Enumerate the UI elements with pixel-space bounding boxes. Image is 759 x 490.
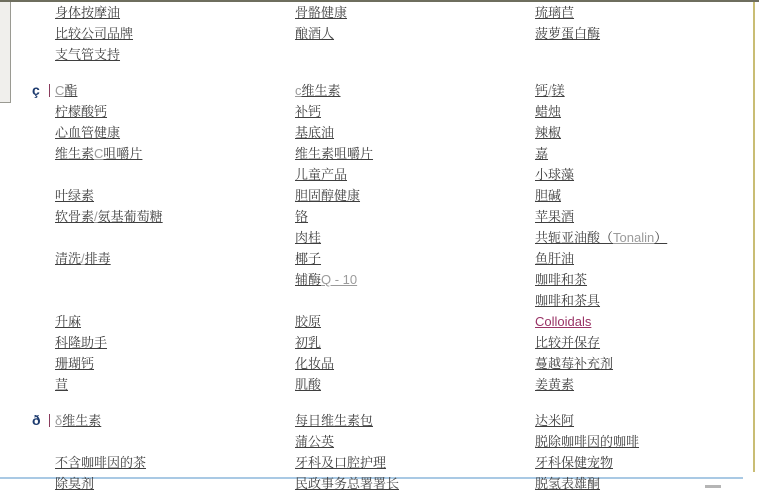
link-text: 脱氢表雄酮 — [535, 476, 600, 490]
link-text: C — [94, 146, 103, 161]
category-link[interactable]: 蜡烛 — [535, 104, 561, 119]
category-cell: 苹果酒 — [535, 206, 574, 227]
link-text: 牙科及口腔护理 — [295, 455, 386, 470]
category-row: 辅酶Q - 10咖啡和茶 — [0, 269, 753, 290]
category-row: 不含咖啡因的茶牙科及口腔护理牙科保健宠物 — [0, 452, 753, 473]
link-text: 基底油 — [295, 125, 334, 140]
link-text: 咀嚼片 — [103, 146, 142, 161]
link-text: 胆碱 — [535, 188, 561, 203]
category-link[interactable]: 维生素咀嚼片 — [295, 146, 373, 161]
category-cell: 咖啡和茶 — [535, 269, 587, 290]
link-text: 维生素 — [62, 413, 101, 428]
category-link[interactable]: 身体按摩油 — [55, 5, 120, 20]
category-link[interactable]: 咖啡和茶具 — [535, 293, 600, 308]
link-text: 儿童产品 — [295, 167, 347, 182]
link-text: 心血管健康 — [55, 125, 120, 140]
category-cell: 每日维生素包 — [295, 410, 535, 431]
category-link[interactable]: 琉璃苣 — [535, 5, 574, 20]
link-text: 镁 — [552, 83, 565, 98]
category-link[interactable]: 比较并保存 — [535, 335, 600, 350]
category-link[interactable]: c维生素 — [295, 83, 341, 98]
category-link[interactable]: 支气管支持 — [55, 47, 120, 62]
category-row: 蒲公英脱除咖啡因的咖啡 — [0, 431, 753, 452]
category-link[interactable]: 牙科及口腔护理 — [295, 455, 386, 470]
category-cell: 叶绿素 — [55, 185, 295, 206]
category-link[interactable]: 铬 — [295, 209, 308, 224]
category-row: 儿童产品小球藻 — [0, 164, 753, 185]
link-text: 维生素咀嚼片 — [295, 146, 373, 161]
category-cell: 比较公司品牌 — [55, 23, 295, 44]
link-text: 蒲公英 — [295, 434, 334, 449]
category-link[interactable]: 比较公司品牌 — [55, 26, 133, 41]
category-cell: 身体按摩油 — [55, 2, 295, 23]
category-link[interactable]: 菠萝蛋白酶 — [535, 26, 600, 41]
category-row: 身体按摩油骨骼健康琉璃苣 — [0, 2, 753, 23]
category-cell: 心血管健康 — [55, 122, 295, 143]
link-text: 胶原 — [295, 314, 321, 329]
link-text: 升麻 — [55, 314, 81, 329]
category-cell: 胆固醇健康 — [295, 185, 535, 206]
category-link[interactable]: 心血管健康 — [55, 125, 120, 140]
category-link[interactable]: 柠檬酸钙 — [55, 104, 107, 119]
category-link[interactable]: 苹果酒 — [535, 209, 574, 224]
category-cell: 软骨素/氨基葡萄糖 — [55, 206, 295, 227]
link-text: Colloidals — [535, 314, 591, 329]
category-row: 比较公司品牌酿酒人菠萝蛋白酶 — [0, 23, 753, 44]
link-text: 苹果酒 — [535, 209, 574, 224]
letter-header-c[interactable]: ç — [32, 80, 40, 101]
category-cell: 咖啡和茶具 — [535, 290, 600, 311]
link-text: 柠檬酸钙 — [55, 104, 107, 119]
category-cell — [295, 44, 535, 65]
link-text: 鱼肝油 — [535, 251, 574, 266]
link-text: 每日维生素包 — [295, 413, 373, 428]
link-text: 琉璃苣 — [535, 5, 574, 20]
category-link[interactable]: 蔓越莓补充剂 — [535, 356, 613, 371]
link-text: 姜黄素 — [535, 377, 574, 392]
category-row: 支气管支持 — [0, 44, 753, 65]
category-link[interactable]: 基底油 — [295, 125, 334, 140]
category-link[interactable]: 骨骼健康 — [295, 5, 347, 20]
category-cell: 柠檬酸钙 — [55, 101, 295, 122]
link-text: 脱除咖啡因的咖啡 — [535, 434, 639, 449]
category-link[interactable]: 化妆品 — [295, 356, 334, 371]
category-cell: 菠萝蛋白酶 — [535, 23, 600, 44]
link-text: 初乳 — [295, 335, 321, 350]
category-cell: 辣椒 — [535, 122, 561, 143]
link-text: 蔓越莓补充剂 — [535, 356, 613, 371]
category-link[interactable]: 珊瑚钙 — [55, 356, 94, 371]
category-cell: 椰子 — [295, 248, 535, 269]
link-text: 咖啡和茶 — [535, 272, 587, 287]
category-link[interactable]: 胆固醇健康 — [295, 188, 360, 203]
link-text: 铬 — [295, 209, 308, 224]
category-cell: 牙科及口腔护理 — [295, 452, 535, 473]
link-text: 荁 — [55, 377, 68, 392]
section-c: çC酯c维生素钙/镁柠檬酸钙补钙蜡烛心血管健康基底油辣椒维生素C咀嚼片维生素咀嚼… — [0, 80, 753, 395]
category-cell: 除臭剂 — [55, 473, 295, 490]
category-cell: 达米阿 — [535, 410, 574, 431]
category-link[interactable]: 小球藻 — [535, 167, 574, 182]
category-cell: 脱氢表雄酮 — [535, 473, 600, 490]
link-text: 蜡烛 — [535, 104, 561, 119]
link-text: 清洗 — [55, 251, 81, 266]
category-cell: 共轭亚油酸（Tonalin） — [535, 227, 667, 248]
category-cell: Colloidals — [535, 311, 591, 332]
link-text: 维生素 — [302, 83, 341, 98]
category-cell: 儿童产品 — [295, 164, 535, 185]
category-link[interactable]: 胶原 — [295, 314, 321, 329]
category-row: 柠檬酸钙补钙蜡烛 — [0, 101, 753, 122]
category-cell: 胶原 — [295, 311, 535, 332]
category-link[interactable]: 肉桂 — [295, 230, 321, 245]
link-text: 氨基葡萄糖 — [98, 209, 163, 224]
link-text: Q - 10 — [321, 272, 357, 287]
link-text: 身体按摩油 — [55, 5, 120, 20]
category-link[interactable]: 酿酒人 — [295, 26, 334, 41]
category-cell: 补钙 — [295, 101, 535, 122]
category-link[interactable]: 荁 — [55, 377, 68, 392]
category-link[interactable]: 钙/镁 — [535, 83, 565, 98]
category-cell: 肌酸 — [295, 374, 535, 395]
link-text: C — [55, 83, 64, 98]
link-text: 不含咖啡因的茶 — [55, 455, 146, 470]
link-text: 骨骼健康 — [295, 5, 347, 20]
category-cell: 铬 — [295, 206, 535, 227]
category-link[interactable]: 姜黄素 — [535, 377, 574, 392]
category-cell: 科隆助手 — [55, 332, 295, 353]
category-cell: 民政事务总署署长 — [295, 473, 535, 490]
category-cell: 维生素咀嚼片 — [295, 143, 535, 164]
link-text: 胆固醇健康 — [295, 188, 360, 203]
category-cell: C酯 — [55, 80, 295, 101]
category-cell: 初乳 — [295, 332, 535, 353]
link-text: 咖啡和茶具 — [535, 293, 600, 308]
category-row: 荁肌酸姜黄素 — [0, 374, 753, 395]
category-link[interactable]: 脱氢表雄酮 — [535, 476, 600, 490]
category-link[interactable]: 科隆助手 — [55, 335, 107, 350]
link-text: 叶绿素 — [55, 188, 94, 203]
link-text: 酿酒人 — [295, 26, 334, 41]
category-link[interactable]: 脱除咖啡因的咖啡 — [535, 434, 639, 449]
category-link[interactable]: 辅酶Q - 10 — [295, 272, 357, 287]
link-text: 珊瑚钙 — [55, 356, 94, 371]
category-cell: 肉桂 — [295, 227, 535, 248]
category-row: 清洗/排毒椰子鱼肝油 — [0, 248, 753, 269]
category-link[interactable]: 除臭剂 — [55, 476, 94, 490]
category-link[interactable]: 软骨素/氨基葡萄糖 — [55, 209, 163, 224]
link-text: 辅酶 — [295, 272, 321, 287]
category-cell: 蔓越莓补充剂 — [535, 353, 613, 374]
category-cell: 辅酶Q - 10 — [295, 269, 535, 290]
category-link[interactable]: 升麻 — [55, 314, 81, 329]
category-link[interactable]: 嘉 — [535, 146, 548, 161]
category-row: 升麻胶原Colloidals — [0, 311, 753, 332]
category-cell: 姜黄素 — [535, 374, 574, 395]
category-row: 心血管健康基底油辣椒 — [0, 122, 753, 143]
link-text: 达米阿 — [535, 413, 574, 428]
category-cell: 荁 — [55, 374, 295, 395]
category-link[interactable]: δ维生素 — [55, 413, 101, 428]
category-row: 叶绿素胆固醇健康胆碱 — [0, 185, 753, 206]
link-text: ） — [654, 230, 667, 245]
category-row: 肉桂共轭亚油酸（Tonalin） — [0, 227, 753, 248]
category-link[interactable]: 初乳 — [295, 335, 321, 350]
link-text: 嘉 — [535, 146, 548, 161]
link-text: 除臭剂 — [55, 476, 94, 490]
link-text: 排毒 — [85, 251, 111, 266]
category-cell: 胆碱 — [535, 185, 561, 206]
section-top: 身体按摩油骨骼健康琉璃苣比较公司品牌酿酒人菠萝蛋白酶支气管支持 — [0, 2, 753, 65]
link-text: 酯 — [64, 83, 77, 98]
category-cell: 小球藻 — [535, 164, 574, 185]
category-cell: 钙/镁 — [535, 80, 565, 101]
category-link[interactable]: 民政事务总署署长 — [295, 476, 399, 490]
category-cell: 支气管支持 — [55, 44, 295, 65]
category-row: 珊瑚钙化妆品蔓越莓补充剂 — [0, 353, 753, 374]
link-text: 软骨素 — [55, 209, 94, 224]
link-text: 辣椒 — [535, 125, 561, 140]
category-cell: 牙科保健宠物 — [535, 452, 613, 473]
category-cell: 比较并保存 — [535, 332, 600, 353]
letter-separator — [49, 84, 50, 97]
top-border — [0, 0, 759, 2]
category-cell — [55, 164, 295, 185]
link-text: 共轭亚油酸（ — [535, 230, 613, 245]
link-text: Tonalin — [613, 230, 654, 245]
category-cell: 琉璃苣 — [535, 2, 574, 23]
letter-header-d[interactable]: ð — [32, 410, 41, 431]
category-link[interactable]: 维生素C咀嚼片 — [55, 146, 142, 161]
category-link[interactable]: 共轭亚油酸（Tonalin） — [535, 230, 667, 245]
category-cell: 化妆品 — [295, 353, 535, 374]
category-link[interactable]: 儿童产品 — [295, 167, 347, 182]
category-cell — [295, 290, 535, 311]
link-text: 补钙 — [295, 104, 321, 119]
category-cell: 基底油 — [295, 122, 535, 143]
category-link[interactable]: 每日维生素包 — [295, 413, 373, 428]
category-cell: 蒲公英 — [295, 431, 535, 452]
category-cell: 清洗/排毒 — [55, 248, 295, 269]
link-text: 肉桂 — [295, 230, 321, 245]
category-link[interactable]: 牙科保健宠物 — [535, 455, 613, 470]
link-text: 支气管支持 — [55, 47, 120, 62]
category-row: 科隆助手初乳比较并保存 — [0, 332, 753, 353]
link-text: 菠萝蛋白酶 — [535, 26, 600, 41]
category-link[interactable]: 咖啡和茶 — [535, 272, 587, 287]
category-link[interactable]: Colloidals — [535, 314, 591, 329]
category-row: C酯c维生素钙/镁 — [0, 80, 753, 101]
category-link[interactable]: 鱼肝油 — [535, 251, 574, 266]
link-text: 化妆品 — [295, 356, 334, 371]
category-cell: 脱除咖啡因的咖啡 — [535, 431, 639, 452]
link-text: 科隆助手 — [55, 335, 107, 350]
left-panel-edge — [0, 2, 11, 103]
link-text: 椰子 — [295, 251, 321, 266]
category-link[interactable]: 清洗/排毒 — [55, 251, 111, 266]
category-cell: c维生素 — [295, 80, 535, 101]
category-row: 咖啡和茶具 — [0, 290, 753, 311]
category-link[interactable]: 补钙 — [295, 104, 321, 119]
link-text: 维生素 — [55, 146, 94, 161]
category-cell: 升麻 — [55, 311, 295, 332]
link-text: 肌酸 — [295, 377, 321, 392]
link-text: 民政事务总署署长 — [295, 476, 399, 490]
category-cell — [55, 290, 295, 311]
link-text: 钙 — [535, 83, 548, 98]
category-link[interactable]: 不含咖啡因的茶 — [55, 455, 146, 470]
category-link[interactable]: 辣椒 — [535, 125, 561, 140]
link-text: 牙科保健宠物 — [535, 455, 613, 470]
category-columns: 身体按摩油骨骼健康琉璃苣比较公司品牌酿酒人菠萝蛋白酶支气管支持çC酯c维生素钙/… — [0, 2, 753, 490]
category-index-page: 身体按摩油骨骼健康琉璃苣比较公司品牌酿酒人菠萝蛋白酶支气管支持çC酯c维生素钙/… — [0, 0, 759, 490]
link-text: 小球藻 — [535, 167, 574, 182]
category-link[interactable]: 胆碱 — [535, 188, 561, 203]
link-text: 比较并保存 — [535, 335, 600, 350]
category-row: 软骨素/氨基葡萄糖铬苹果酒 — [0, 206, 753, 227]
category-cell: 鱼肝油 — [535, 248, 574, 269]
letter-separator — [49, 414, 50, 427]
right-page-border — [753, 2, 755, 472]
category-link[interactable]: 肌酸 — [295, 377, 321, 392]
category-link[interactable]: 达米阿 — [535, 413, 574, 428]
category-row: 维生素C咀嚼片维生素咀嚼片嘉 — [0, 143, 753, 164]
category-cell: 骨骼健康 — [295, 2, 535, 23]
category-link[interactable]: 椰子 — [295, 251, 321, 266]
category-cell — [55, 431, 295, 452]
category-cell — [55, 269, 295, 290]
section-d: ðδ维生素每日维生素包达米阿蒲公英脱除咖啡因的咖啡不含咖啡因的茶牙科及口腔护理牙… — [0, 410, 753, 490]
category-cell: 珊瑚钙 — [55, 353, 295, 374]
category-cell: 酿酒人 — [295, 23, 535, 44]
category-row: δ维生素每日维生素包达米阿 — [0, 410, 753, 431]
link-text: 比较公司品牌 — [55, 26, 133, 41]
category-link[interactable]: 蒲公英 — [295, 434, 334, 449]
category-row: 除臭剂民政事务总署署长脱氢表雄酮 — [0, 473, 753, 490]
category-link[interactable]: C酯 — [55, 83, 77, 98]
category-cell: 维生素C咀嚼片 — [55, 143, 295, 164]
category-link[interactable]: 叶绿素 — [55, 188, 94, 203]
category-cell: 蜡烛 — [535, 101, 561, 122]
category-cell: 不含咖啡因的茶 — [55, 452, 295, 473]
category-cell — [55, 227, 295, 248]
category-cell: 嘉 — [535, 143, 548, 164]
category-cell: δ维生素 — [55, 410, 295, 431]
